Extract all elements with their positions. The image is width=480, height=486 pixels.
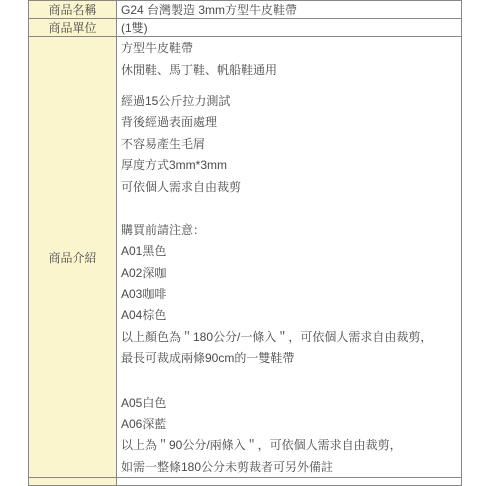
intro-line: A05白色 [121, 391, 461, 412]
blank-line [121, 80, 461, 90]
intro-line: 以上為＂90公分/兩條入＂，可依個人需求自由裁剪， [121, 434, 461, 455]
intro-line: 購買前請注意： [121, 219, 461, 240]
product-intro-value: 方型牛皮鞋帶 休閒鞋、馬丁鞋、帆船鞋通用 經過15公斤拉力測試 背後經過表面處理… [117, 37, 461, 477]
product-unit-label: 商品單位 [29, 19, 117, 36]
intro-line: A02深咖 [121, 262, 461, 283]
intro-line: 不容易產生毛屑 [121, 133, 461, 154]
intro-line: A06深藍 [121, 413, 461, 434]
intro-line: 如需一整條180公分未剪裁者可另外備註 [121, 456, 461, 477]
intro-line: 背後經過表面處理 [121, 111, 461, 132]
product-name-label: 商品名稱 [29, 1, 117, 18]
product-unit-value: (1雙) [117, 19, 461, 36]
intro-line: 最長可裁成兩條90cm的一雙鞋帶 [121, 347, 461, 368]
intro-line: A04棕色 [121, 304, 461, 325]
table-row-product-unit: 商品單位 (1雙) [29, 19, 461, 37]
intro-line: 可依個人需求自由裁剪 [121, 175, 461, 196]
intro-line: 休閒鞋、馬丁鞋、帆船鞋通用 [121, 58, 461, 79]
blank-line [121, 368, 461, 391]
blank-line [121, 197, 461, 219]
intro-line: 經過15公斤拉力測試 [121, 90, 461, 111]
table-row-product-intro: 商品介紹 方型牛皮鞋帶 休閒鞋、馬丁鞋、帆船鞋通用 經過15公斤拉力測試 背後經… [29, 37, 461, 478]
product-spec-table: 商品名稱 G24 台灣製造 3mm方型牛皮鞋帶 商品單位 (1雙) 商品介紹 方… [28, 0, 462, 480]
intro-line: A01黑色 [121, 240, 461, 261]
intro-line: 以上顏色為＂180公分/一條入＂，可依個人需求自由裁剪， [121, 326, 461, 347]
product-intro-label: 商品介紹 [29, 37, 117, 477]
product-name-value: G24 台灣製造 3mm方型牛皮鞋帶 [117, 1, 461, 18]
table-row-product-name: 商品名稱 G24 台灣製造 3mm方型牛皮鞋帶 [29, 1, 461, 19]
intro-line: 方型牛皮鞋帶 [121, 37, 461, 58]
intro-line: A03咖啡 [121, 283, 461, 304]
intro-line: 厚度方式3mm*3mm [121, 154, 461, 175]
